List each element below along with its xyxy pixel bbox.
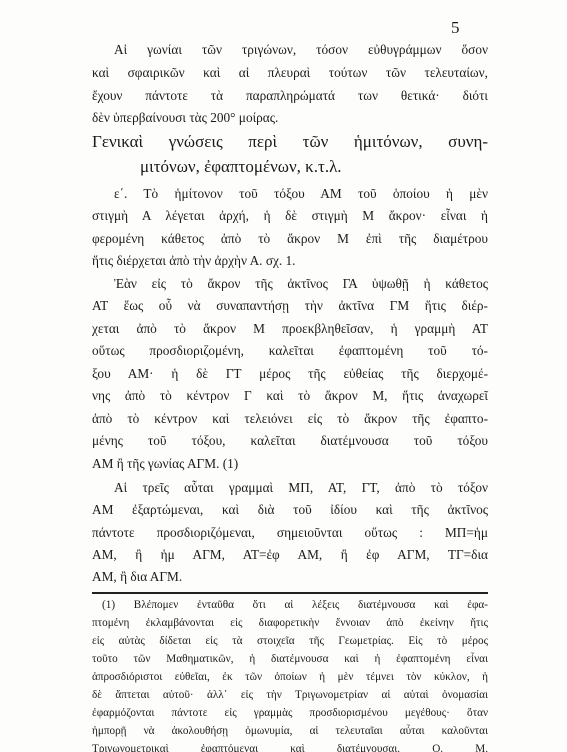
text-line: χεται ἀπὸ τὸ ἄκρον Μ προεκβληθεῖσαν, ἡ γ… <box>92 319 488 339</box>
footnote-line: ἀπροσδιόριστοι εὐθεῖαι, ἐκ τῶν ὁποίων ἡ … <box>92 669 488 686</box>
footnote-line: τοῦτο τῶν Μαθηματικῶν, ἡ διατέμνουσα καὶ… <box>92 651 488 668</box>
footnote-line: ἠμπορῇ νὰ ἀκολουθήσῃ ὁμωνυμία, αἱ τελευτ… <box>92 723 488 740</box>
footnote-line: (1) Βλέπομεν ἐνταῦθα ὅτι αἱ λέξεις διατέ… <box>102 597 488 614</box>
text-line: καὶ σφαιρικῶν καὶ αἱ πλευραὶ τούτων τῶν … <box>92 63 488 83</box>
text-line: πάντοτε προσδιοριζόμεναι, σημειοῦνται οὕ… <box>92 523 488 543</box>
text-line: ε΄. Τὸ ἡμίτονον τοῦ τόξου ΑΜ τοῦ ὁποίου … <box>114 184 488 204</box>
text-line: ἔχουν πάντοτε τὰ παραπληρώματά των θετικ… <box>92 86 488 106</box>
text-line: δὲν ὑπερβαίνουσι τὰς 200° μοίρας. <box>92 108 488 128</box>
section-heading: μιτόνων, ἐφαπτομένων, κ.τ.λ. <box>140 157 342 177</box>
text-line: ἥτις διέρχεται ἀπὸ τὴν ἀρχὴν Α. σχ. 1. <box>92 251 488 271</box>
footnote-line: Τριγωνομετρικαὶ ἐφαπτόμεναι καὶ διατέμνο… <box>92 741 488 752</box>
text-line: φερομένη κάθετος ἀπὸ τὸ ἄκρον Μ ἐπὶ τῆς … <box>92 229 488 249</box>
text-line: Αἱ τρεῖς αὗται γραμμαὶ ΜΠ, ΑΤ, ΓΤ, ἀπὸ τ… <box>114 478 488 498</box>
text-line: στιγμὴ Α λέγεται ἀρχή, ἡ δὲ στιγμὴ Μ ἄκρ… <box>92 206 488 226</box>
text-line: Ἐὰν εἰς τὸ ἄκρον τῆς ἀκτῖνος ΓΑ ὑψωθῇ ἡ … <box>114 274 488 294</box>
text-line: μένης τοῦ τόξου, καλεῖται διατέμνουσα το… <box>92 431 488 451</box>
section-heading: Γενικαὶ γνώσεις περὶ τῶν ἡμιτόνων, συνη- <box>92 132 488 152</box>
footnote-line: εἰς αὐτὰς δίδεται εἰς τὰ στοιχεῖα τῆς Γε… <box>92 633 488 650</box>
text-line: Αἱ γωνίαι τῶν τριγώνων, τόσον εὐθυγράμμω… <box>114 40 488 60</box>
text-line: ΑΜ ἐξαρτώμεναι, καὶ διὰ τοῦ ἰδίου καὶ τῆ… <box>92 500 488 520</box>
text-line: ξου ΑΜ· ἡ δὲ ΓΤ μέρος τῆς εὐθείας τῆς δι… <box>92 364 488 384</box>
footnote-line: ἐφαρμόζονται πάντοτε εἰς γραμμὰς προσδιο… <box>92 705 488 722</box>
footnote-line: δὲ ἅπτεται αὐτοῦ· ἀλλ᾽ εἰς τὴν Τριγωνομε… <box>92 687 488 704</box>
page-number: 5 <box>451 18 460 38</box>
text-line: οὕτως προσδιοριζομένη, καλεῖται ἐφαπτομέ… <box>92 341 488 361</box>
footnote-separator <box>92 592 488 594</box>
text-line: ΑΜ ἢ τῆς γωνίας ΑΓΜ. (1) <box>92 454 488 474</box>
text-line: ΑΤ ἕως οὗ νὰ συναπαντήσῃ τὴν ἀκτῖνα ΓΜ ἥ… <box>92 296 488 316</box>
text-line: νης ἀπὸ τὸ κέντρον Γ καὶ τὸ ἄκρον Μ, ἥτι… <box>92 386 488 406</box>
book-page: 5 Αἱ γωνίαι τῶν τριγώνων, τόσον εὐθυγράμ… <box>0 0 567 752</box>
text-line: ΑΜ, ἢ δια ΑΓΜ. <box>92 567 488 587</box>
text-line: ΑΜ, ἢ ἡμ ΑΓΜ, ΑΤ=ἐφ ΑΜ, ἢ ἐφ ΑΓΜ, ΤΓ=δια <box>92 545 488 565</box>
footnote-line: πτομένη ἐκλαμβάνονται εἰς διαφορετικὴν ἔ… <box>92 615 488 632</box>
text-line: ἀπὸ τὸ κέντρον καὶ τελειόνει εἰς τὸ ἄκρο… <box>92 409 488 429</box>
